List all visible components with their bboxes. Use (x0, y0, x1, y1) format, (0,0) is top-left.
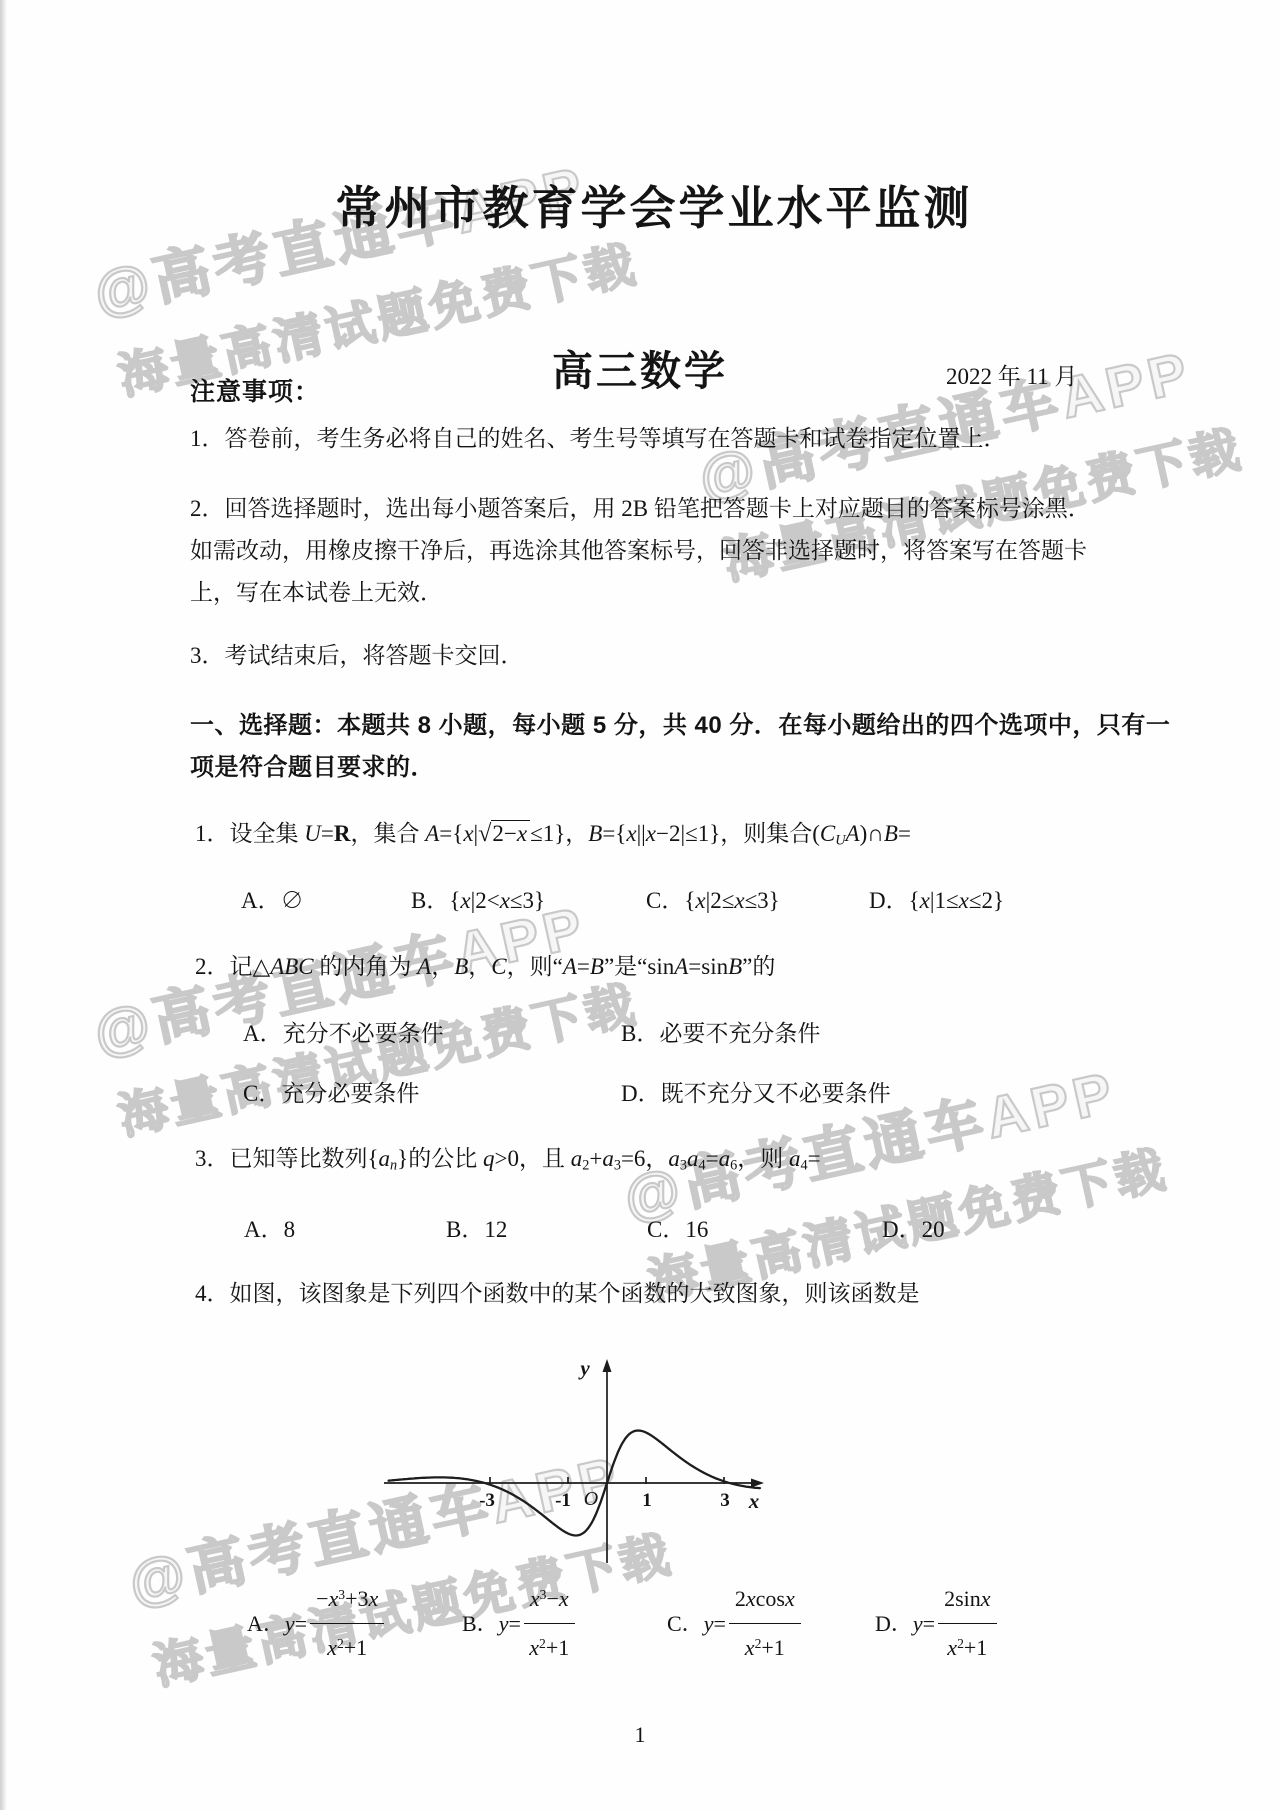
question-3-options: A．8 B．12 C．16 D．20 (190, 1209, 945, 1251)
option-1-b: B．{x|2<x≤3} (411, 880, 646, 922)
page-number: 1 (0, 1722, 1280, 1748)
question-1-options: A．∅ B．{x|2<x≤3} C．{x|2≤x≤3} D．{x|1≤x≤2} (190, 880, 1004, 922)
fraction-denominator: x2+1 (524, 1624, 575, 1669)
notice-heading: 注意事项： (190, 372, 320, 408)
notice-item-1: 1．答卷前，考生务必将自己的姓名、考生号等填写在答题卡和试卷指定位置上． (190, 418, 1105, 460)
x-axis-arrow-icon (751, 1479, 764, 1488)
function-graph-svg: -3-113 O x y (370, 1352, 770, 1567)
section-1-heading: 一、选择题：本题共 8 小题，每小题 5 分，共 40 分．在每小题给出的四个选… (190, 705, 1180, 789)
fraction: 2xcosx x2+1 (729, 1578, 801, 1669)
fraction-numerator: 2sinx (938, 1578, 996, 1624)
option-3-c: C．16 (647, 1209, 882, 1251)
svg-text:-3: -3 (479, 1490, 495, 1511)
fraction-denominator: x2+1 (729, 1624, 801, 1669)
question-2-stem: 2．记△ABC 的内角为 A，B，C，则“A=B”是“sinA=sinB”的 (195, 946, 1245, 988)
option-2-c: C．充分必要条件 (243, 1073, 621, 1115)
question-2-options: A．充分不必要条件 B．必要不充分条件 C．充分必要条件 D．既不充分又不必要条… (190, 1013, 891, 1115)
question-3-stem: 3．已知等比数列{an}的公比 q>0，且 a2+a3=6，a3a4=a6，则 … (195, 1138, 1245, 1180)
option-2-d: D．既不充分又不必要条件 (621, 1073, 891, 1115)
y-axis-label: y (577, 1356, 590, 1380)
fraction-numerator: −x3+3x (310, 1578, 384, 1624)
scan-edge-shadow (0, 0, 7, 1810)
option-1-a: A．∅ (241, 880, 411, 922)
y-axis-arrow-icon (603, 1359, 612, 1372)
fraction: −x3+3x x2+1 (310, 1578, 384, 1669)
option-4-d: D．y= 2sinx x2+1 (875, 1578, 997, 1669)
fraction-denominator: x2+1 (310, 1624, 384, 1669)
option-3-d: D．20 (882, 1209, 945, 1251)
fraction-denominator: x2+1 (938, 1624, 996, 1669)
option-1-d: D．{x|1≤x≤2} (869, 880, 1004, 922)
svg-text:3: 3 (720, 1490, 730, 1511)
option-4-b: B．y= x3−x x2+1 (462, 1578, 667, 1669)
option-2-b: B．必要不充分条件 (621, 1013, 891, 1055)
exam-date: 2022 年 11 月 (946, 358, 1077, 391)
fraction: x3−x x2+1 (524, 1578, 575, 1669)
exam-page: @高考直通车APP 海量高清试题免费下载 @高考直通车APP 海量高清试题免费下… (0, 0, 1280, 1810)
option-4-a: A．y= −x3+3x x2+1 (247, 1578, 462, 1669)
option-3-b: B．12 (446, 1209, 647, 1251)
svg-text:1: 1 (642, 1490, 652, 1511)
notice-item-3: 3．考试结束后，将答题卡交回． (190, 635, 1105, 677)
option-2-a: A．充分不必要条件 (243, 1013, 621, 1055)
x-axis-label: x (748, 1489, 760, 1513)
option-4-c: C．y= 2xcosx x2+1 (667, 1578, 875, 1669)
option-4-a-label: A．y= (247, 1603, 307, 1645)
question-4-options: A．y= −x3+3x x2+1 B．y= x3−x x2+1 C．y= 2xc… (190, 1578, 997, 1669)
option-4-d-label: D．y= (875, 1603, 935, 1645)
option-4-c-label: C．y= (667, 1603, 726, 1645)
fraction-numerator: 2xcosx (729, 1578, 801, 1624)
question-1-stem: 1．设全集 U=R，集合 A={x|√2−x≤1}，B={x||x−2|≤1}，… (195, 813, 1245, 855)
option-3-a: A．8 (244, 1209, 446, 1251)
option-4-b-label: B．y= (462, 1603, 521, 1645)
origin-label: O (584, 1488, 598, 1510)
fraction: 2sinx x2+1 (938, 1578, 996, 1669)
option-1-c: C．{x|2≤x≤3} (646, 880, 869, 922)
svg-text:-1: -1 (555, 1490, 571, 1511)
page-title: 常州市教育学会学业水平监测 (14, 172, 1280, 238)
question-4-stem: 4．如图，该图象是下列四个函数中的某个函数的大致图象，则该函数是 (195, 1273, 1245, 1315)
fraction-numerator: x3−x (524, 1578, 575, 1624)
function-graph: -3-113 O x y (370, 1352, 770, 1567)
notice-item-2: 2．回答选择题时，选出每小题答案后，用 2B 铅笔把答题卡上对应题目的答案标号涂… (190, 488, 1105, 614)
